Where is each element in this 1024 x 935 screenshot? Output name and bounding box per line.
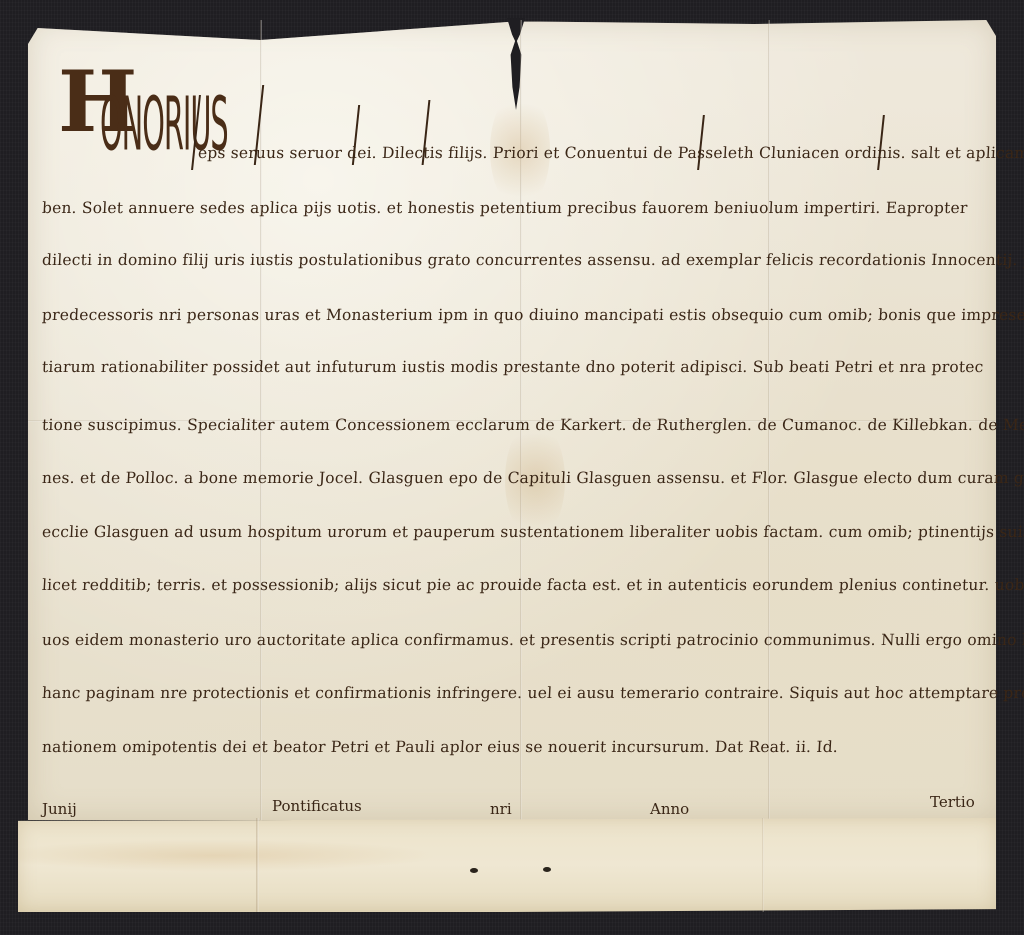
- text-line: tione suscipimus. Specialiter autem Conc…: [41, 415, 992, 435]
- text-line: tiarum rationabiliter possidet aut infut…: [41, 357, 992, 377]
- dating-tertio: Tertio: [930, 793, 975, 811]
- text-line: ecclie Glasguen ad usum hospitum urorum …: [41, 522, 992, 542]
- text-line: dilecti in domino filij uris iustis post…: [41, 250, 992, 270]
- text-line: licet redditib; terris. et possessionib;…: [41, 575, 992, 595]
- dating-nri: nri: [490, 800, 512, 818]
- dating-month: Junij: [42, 800, 77, 818]
- text-line: hanc paginam nre protectionis et confirm…: [41, 683, 992, 703]
- text-line: nes. et de Polloc. a bone memorie Jocel.…: [41, 468, 992, 488]
- plica-crease: [762, 818, 764, 912]
- seal-cord-hole: [470, 868, 478, 873]
- seal-cord-hole: [543, 867, 551, 872]
- plica-crease: [256, 818, 259, 912]
- dating-pontificatus: Pontificatus: [272, 797, 362, 815]
- dating-anno: Anno: [650, 800, 689, 818]
- text-line: ben. Solet annuere sedes aplica pijs uot…: [41, 198, 992, 218]
- text-line: uos eidem monasterio uro auctoritate apl…: [41, 630, 992, 650]
- plica-fold: [18, 818, 996, 912]
- text-line: predecessoris nri personas uras et Monas…: [41, 305, 992, 325]
- text-line: eps seruus seruor dei. Dilectis filijs. …: [197, 143, 992, 163]
- text-line: nationem omipotentis dei et beator Petri…: [41, 737, 992, 757]
